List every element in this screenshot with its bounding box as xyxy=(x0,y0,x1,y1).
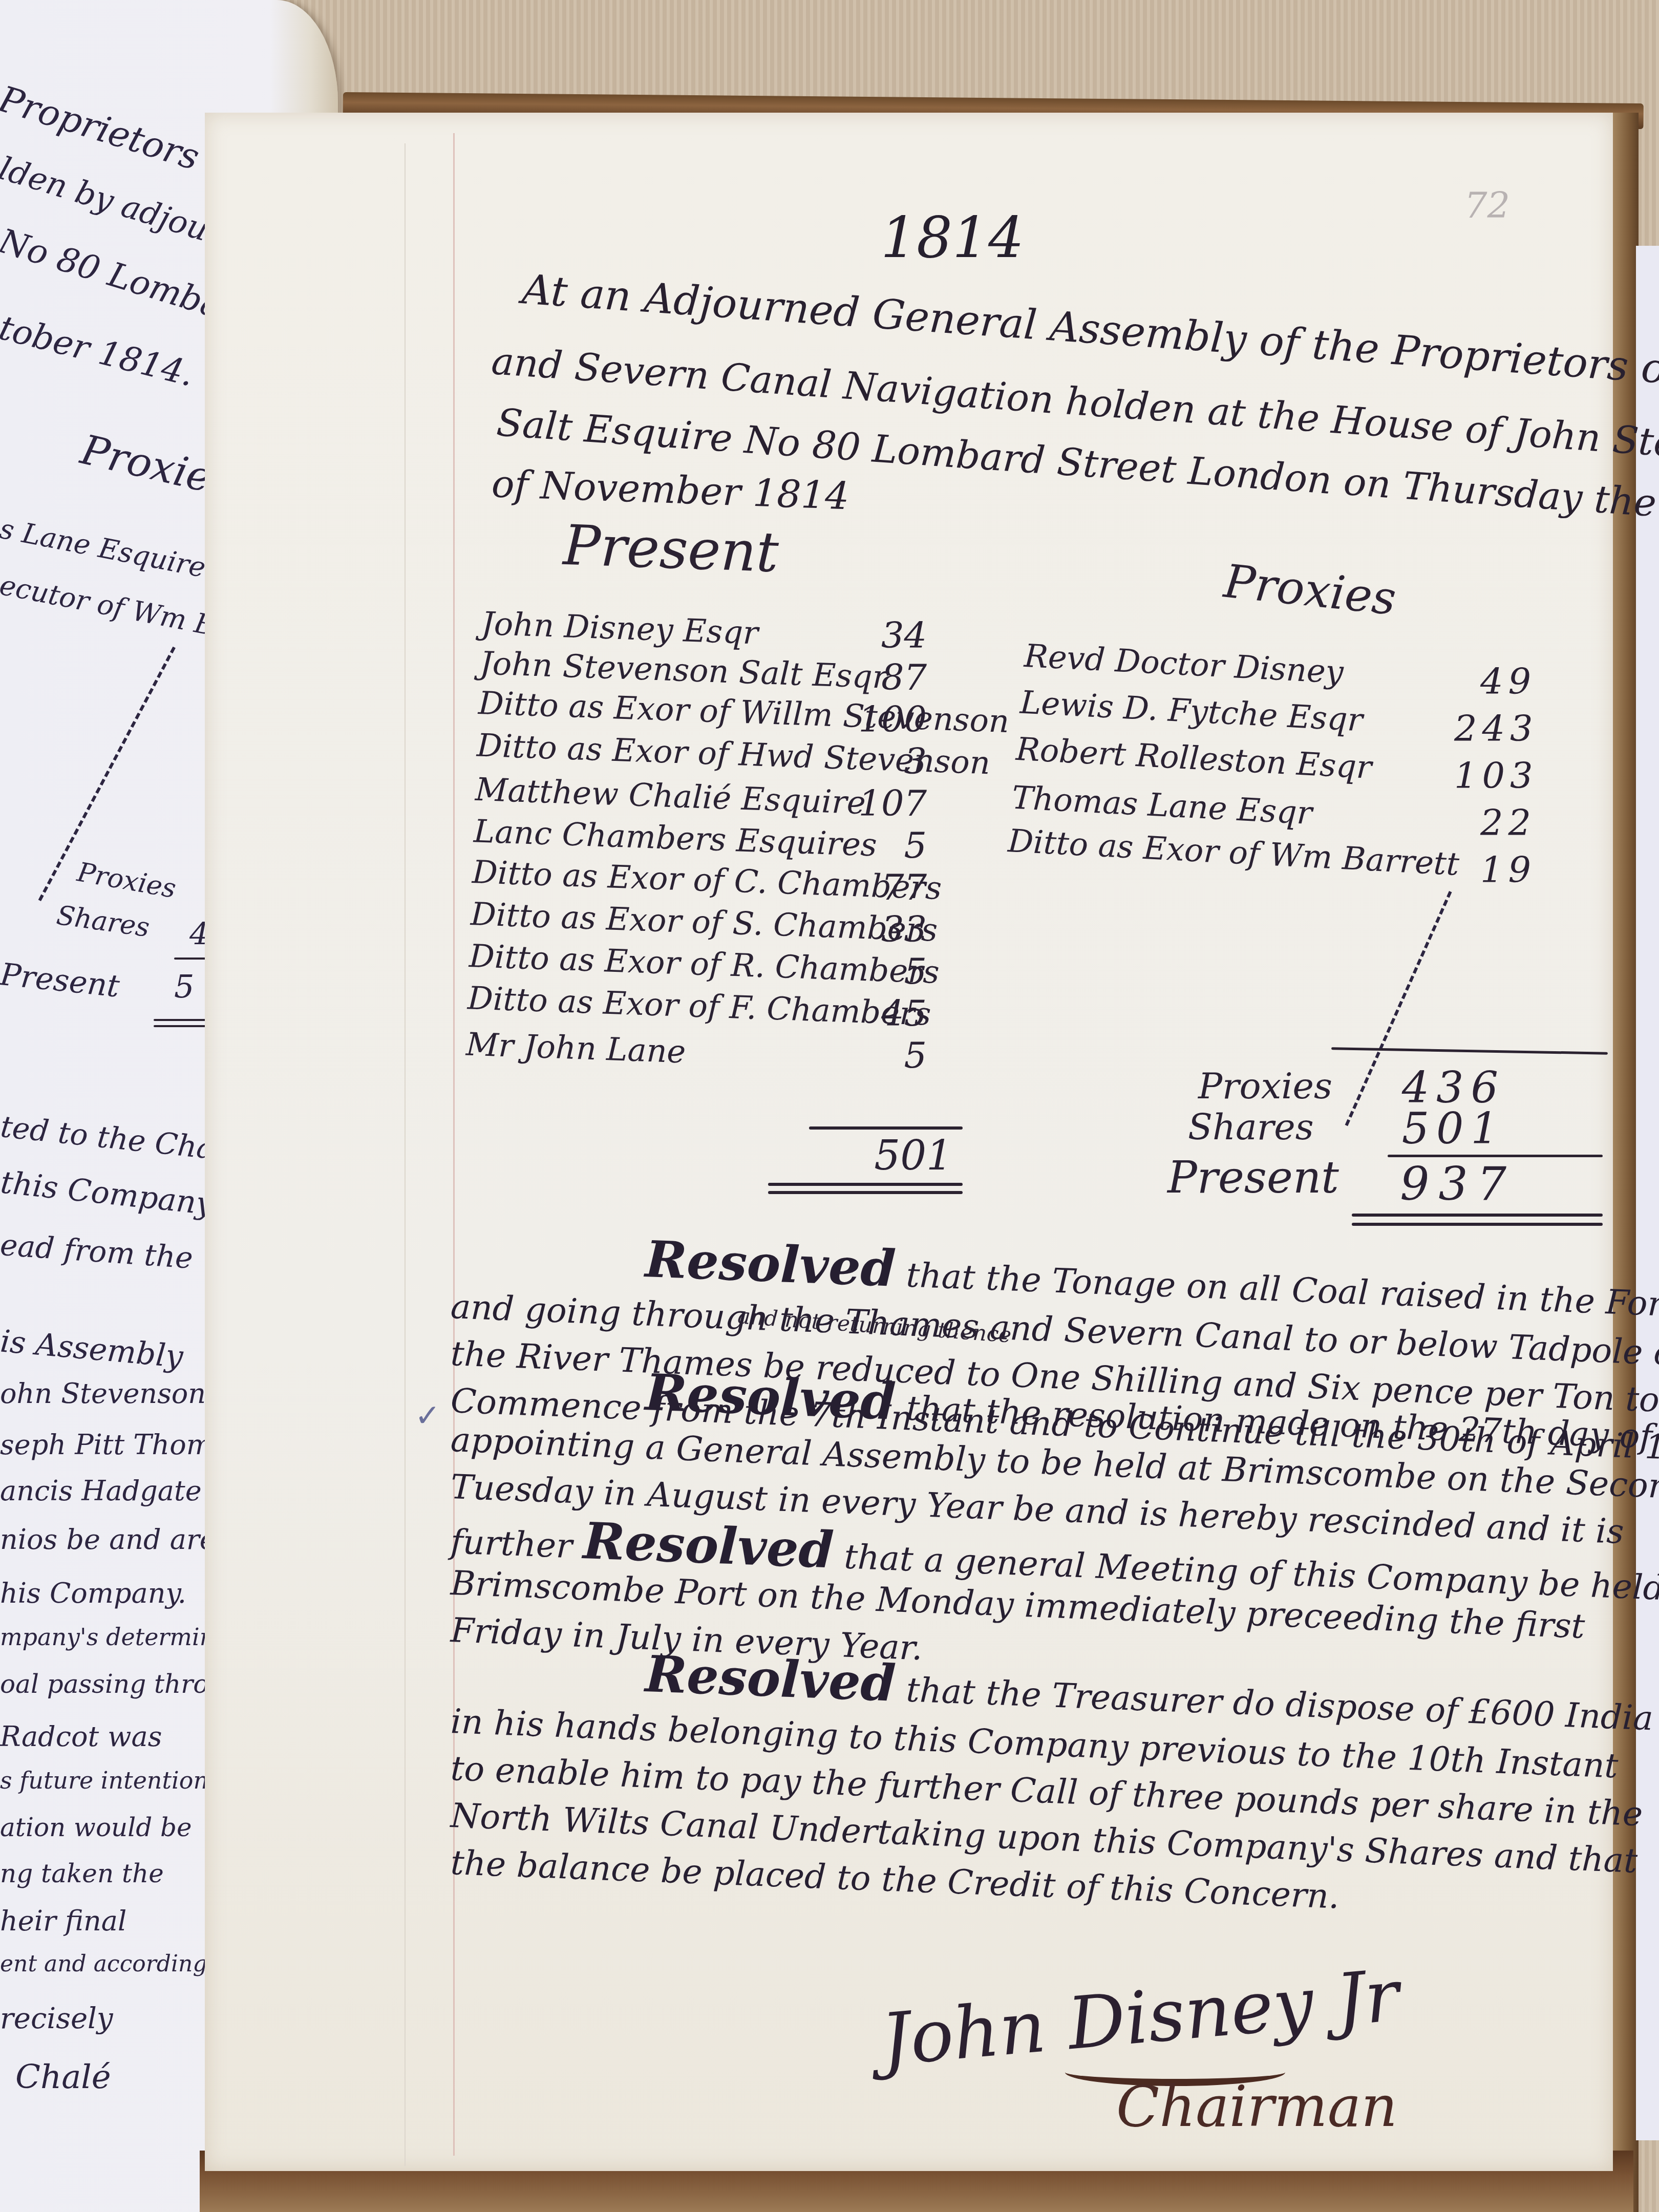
left-body-fragment: his Company. xyxy=(0,1577,186,1609)
present-row-name: John Disney Esqr xyxy=(481,605,759,652)
left-body-fragment: heir final xyxy=(0,1905,126,1937)
proxy-row-shares: 49 xyxy=(1454,661,1536,703)
present-row-shares: 45 xyxy=(845,992,927,1034)
left-body-fragment: nios be and are xyxy=(0,1523,216,1556)
backing-sheet xyxy=(1636,246,1659,2140)
left-body-fragment: Chalé xyxy=(15,2058,111,2096)
left-total-label: Proxies xyxy=(75,857,178,905)
left-total-label: Shares xyxy=(55,900,152,944)
proxy-row-name: Robert Rolleston Esqr xyxy=(1015,730,1373,786)
left-body-fragment: ation would be xyxy=(0,1813,192,1842)
present-row-shares: 77 xyxy=(845,866,927,908)
summary-present-label: Present xyxy=(1167,1152,1339,1203)
present-row-shares: 3 xyxy=(845,740,927,782)
left-fragment: tober 1814. xyxy=(0,308,198,394)
present-row-shares: 5 xyxy=(845,824,927,866)
present-double-rule xyxy=(768,1183,963,1186)
page-gutter xyxy=(405,143,406,2166)
year-header: 1814 xyxy=(881,205,1024,270)
present-row-name: Mr John Lane xyxy=(465,1026,687,1071)
present-heading: Present xyxy=(562,514,780,585)
present-row-shares: 100 xyxy=(845,698,927,740)
left-body-fragment: ng taken the xyxy=(0,1859,164,1888)
summary-top-rule xyxy=(1331,1047,1608,1054)
present-row-shares: 34 xyxy=(845,614,927,656)
summary-shares-label: Shares xyxy=(1188,1106,1314,1148)
summary-double-rule xyxy=(1352,1214,1603,1217)
chairman-title: Chairman xyxy=(1116,2074,1397,2139)
present-row-shares: 5 xyxy=(845,1034,927,1076)
proxy-row-shares: 103 xyxy=(1454,755,1536,797)
proxy-row-name: Ditto as Exor of Wm Barrett xyxy=(1007,822,1460,883)
resolved-keyword: Resolved xyxy=(644,1230,897,1299)
left-body-fragment: ead from the xyxy=(0,1227,194,1275)
present-total-value: 501 xyxy=(870,1132,952,1179)
resolution-prefix: further xyxy=(450,1522,573,1566)
proxy-row-name: Revd Doctor Disney xyxy=(1024,637,1345,691)
resolved-keyword: Resolved xyxy=(644,1363,897,1432)
present-row-shares: 33 xyxy=(845,908,927,950)
present-total-rule xyxy=(809,1126,963,1130)
summary-proxies-label: Proxies xyxy=(1198,1065,1332,1107)
ledger-page: 72 1814 At an Adjourned General Assembly… xyxy=(205,113,1613,2171)
present-row-shares: 5 xyxy=(845,950,927,992)
present-double-rule xyxy=(768,1191,963,1194)
left-body-fragment: recisely xyxy=(0,2002,113,2035)
resolved-keyword: Resolved xyxy=(644,1645,897,1713)
left-body-fragment: ancis Hadgate xyxy=(0,1475,202,1507)
summary-shares-value: 501 xyxy=(1382,1103,1505,1154)
left-body-fragment: is Assembly xyxy=(0,1324,184,1375)
summary-present-value: 937 xyxy=(1382,1157,1516,1211)
proxy-row-shares: 243 xyxy=(1454,708,1536,750)
page-number-mark: 72 xyxy=(1464,184,1510,226)
left-fragment: s Lane Esquire xyxy=(0,513,208,584)
proxy-row-shares: 22 xyxy=(1454,802,1536,844)
check-mark-icon: ✓ xyxy=(415,1398,440,1434)
left-body-fragment: Radcot was xyxy=(0,1720,162,1753)
present-row-shares: 107 xyxy=(845,782,927,824)
left-body-fragment: s future intentions xyxy=(0,1767,221,1794)
left-body-fragment: ent and accordingly xyxy=(0,1951,227,1977)
proxy-row-shares: 19 xyxy=(1454,849,1536,891)
meeting-heading-line: of November 1814 xyxy=(491,461,850,519)
left-body-fragment: oal passing thro' xyxy=(0,1669,216,1699)
proxies-heading: Proxies xyxy=(1221,555,1398,626)
proxy-row-name: Thomas Lane Esqr xyxy=(1011,779,1313,832)
proxy-row-name: Lewis D. Fytche Esqr xyxy=(1019,684,1364,739)
summary-double-rule xyxy=(1352,1223,1603,1226)
left-total-label: Present xyxy=(0,956,121,1005)
present-row-shares: 87 xyxy=(845,656,927,698)
left-body-fragment: ted to the Chair xyxy=(0,1109,240,1168)
